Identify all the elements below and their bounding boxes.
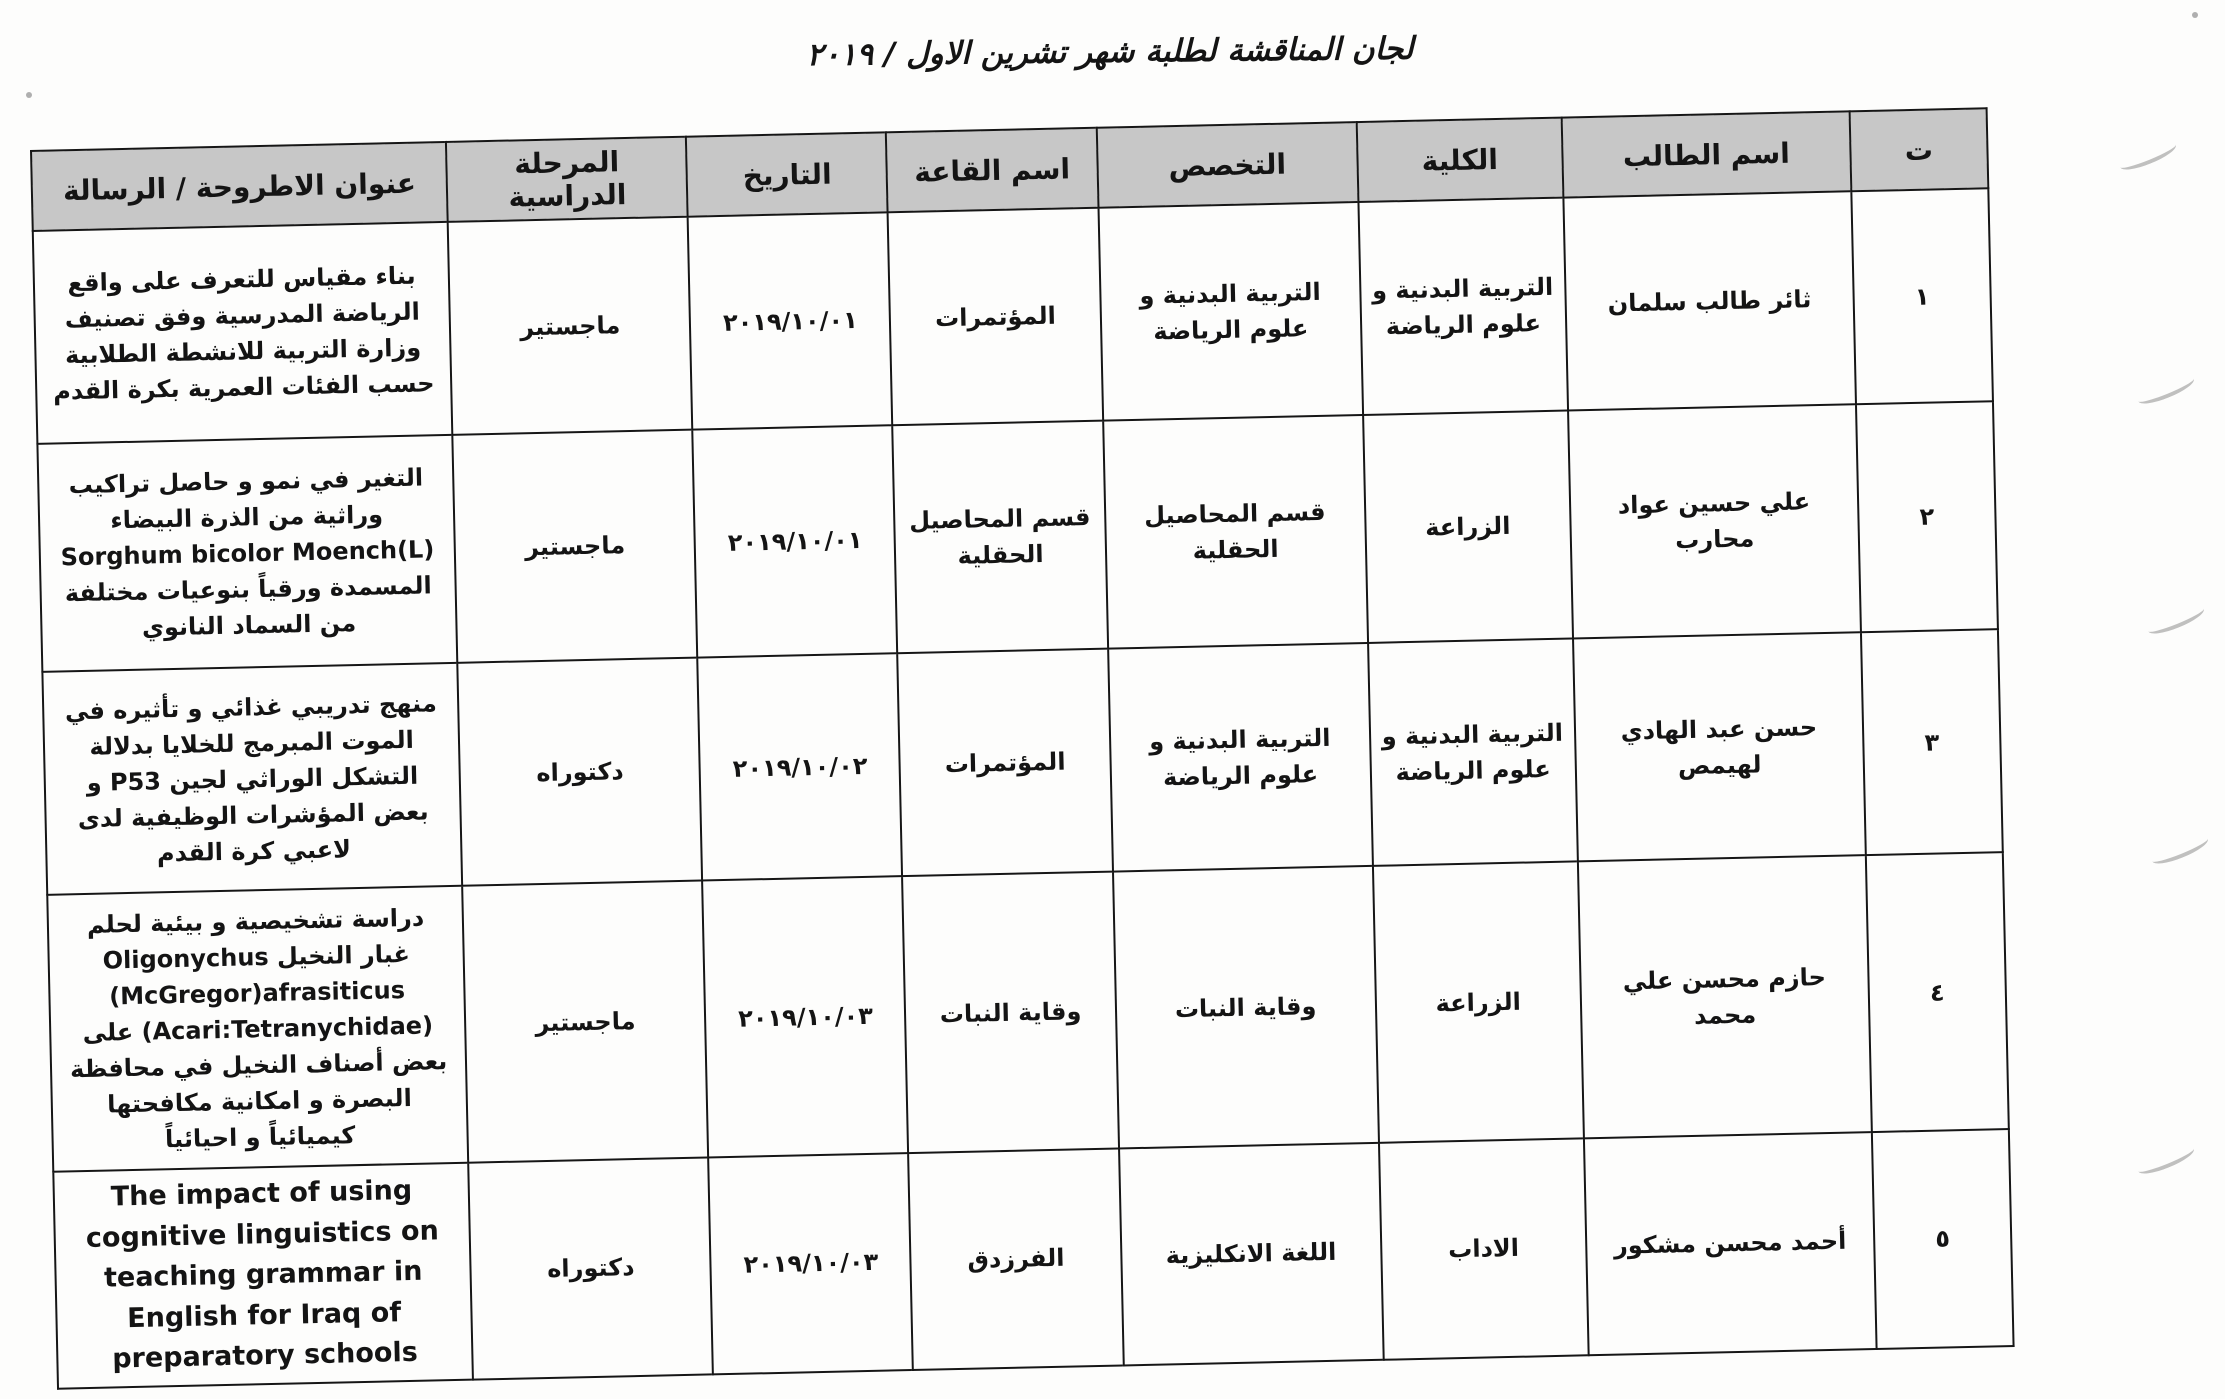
col-header-date: التاريخ [686,132,888,216]
pen-mark [2135,1141,2197,1178]
cell-date: ٢٠١٩/١٠/٠٣ [702,876,908,1157]
col-header-thesis-title: عنوان الاطروحة / الرسالة [31,142,448,231]
cell-study-stage: ماجستير [462,881,708,1163]
cell-specialization: وقاية النبات [1113,866,1379,1149]
pen-dot [2192,12,2198,18]
cell-thesis-title: التغير في نمو و حاصل تراكيب وراثية من ال… [37,435,457,672]
cell-thesis-title: The impact of using cognitive linguistic… [53,1163,473,1389]
table-row: ٥ أحمد محسن مشكور الاداب اللغة الانكليزي… [53,1129,2013,1388]
cell-student-name: أحمد محسن مشكور [1584,1132,1877,1355]
cell-specialization: التربية البدنية و علوم الرياضة [1108,643,1373,872]
col-header-college: الكلية [1356,118,1563,202]
cell-student-name: علي حسين عواد محارب [1568,404,1861,638]
pen-mark [2135,371,2197,408]
cell-thesis-title: دراسة تشخيصية و بيئية لحلم غبار النخيل O… [47,886,468,1172]
cell-college: التربية البدنية و علوم الرياضة [1358,198,1568,415]
cell-study-stage: ماجستير [453,430,698,663]
table-row: ٣ حسن عبد الهادي لهيمص التربية البدنية و… [42,629,2002,895]
cell-study-stage: ماجستير [448,217,693,435]
col-header-student-name: اسم الطالب [1561,111,1851,197]
cell-student-name: حسن عبد الهادي لهيمص [1573,632,1866,861]
pen-mark [2145,601,2207,638]
cell-student-name: حازم محسن علي محمد [1578,855,1872,1138]
col-header-serial: ت [1850,108,1989,191]
pen-mark [2149,831,2211,868]
cell-serial: ٢ [1856,401,1998,632]
cell-serial: ١ [1851,188,1993,404]
pen-mark [2117,137,2179,174]
pen-dot [26,92,32,98]
cell-hall-name: قسم المحاصيل الحقلية [893,421,1108,654]
cell-thesis-title: بناء مقياس للتعرف على واقع الرياضة المدر… [33,222,453,444]
cell-date: ٢٠١٩/١٠/٠١ [688,212,893,429]
table-row: ١ ثائر طالب سلمان التربية البدنية و علوم… [33,188,1993,444]
cell-serial: ٥ [1872,1129,2014,1348]
col-header-specialization: التخصص [1096,122,1358,208]
scanned-document-page: لجان المناقشة لطلبة شهر تشرين الاول / ٢٠… [0,0,2225,1399]
cell-date: ٢٠١٩/١٠/٠٢ [698,653,903,880]
cell-date: ٢٠١٩/١٠/٠٣ [709,1153,914,1374]
cell-college: الزراعة [1373,861,1584,1142]
schedule-table-wrapper: ت اسم الطالب الكلية التخصص اسم القاعة ال… [30,107,2015,1389]
cell-specialization: قسم المحاصيل الحقلية [1103,415,1368,649]
table-row: ٢ علي حسين عواد محارب الزراعة قسم المحاص… [37,401,1998,672]
table-row: ٤ حازم محسن علي محمد الزراعة وقاية النبا… [47,852,2009,1172]
cell-study-stage: دكتوراه [458,658,703,886]
cell-date: ٢٠١٩/١٠/٠١ [693,425,898,657]
cell-specialization: التربية البدنية و علوم الرياضة [1098,202,1363,421]
cell-hall-name: الفرزدق [909,1148,1124,1369]
cell-specialization: اللغة الانكليزية [1119,1143,1384,1365]
cell-college: الاداب [1379,1138,1589,1359]
cell-serial: ٤ [1866,852,2009,1132]
cell-college: التربية البدنية و علوم الرياضة [1368,638,1578,865]
cell-study-stage: دكتوراه [468,1157,713,1379]
cell-student-name: ثائر طالب سلمان [1563,191,1856,410]
cell-thesis-title: منهج تدريبي غذائي و تأثيره في الموت المب… [42,663,462,895]
cell-hall-name: وقاية النبات [903,872,1119,1154]
document-title: لجان المناقشة لطلبة شهر تشرين الاول / ٢٠… [650,29,1570,75]
cell-hall-name: المؤتمرات [898,649,1113,877]
cell-serial: ٣ [1861,629,2003,855]
col-header-study-stage: المرحلة الدراسية [446,137,688,222]
discussion-committees-table: ت اسم الطالب الكلية التخصص اسم القاعة ال… [30,107,2015,1389]
col-header-hall-name: اسم القاعة [886,128,1098,213]
cell-hall-name: المؤتمرات [888,208,1103,426]
cell-college: الزراعة [1363,411,1573,643]
